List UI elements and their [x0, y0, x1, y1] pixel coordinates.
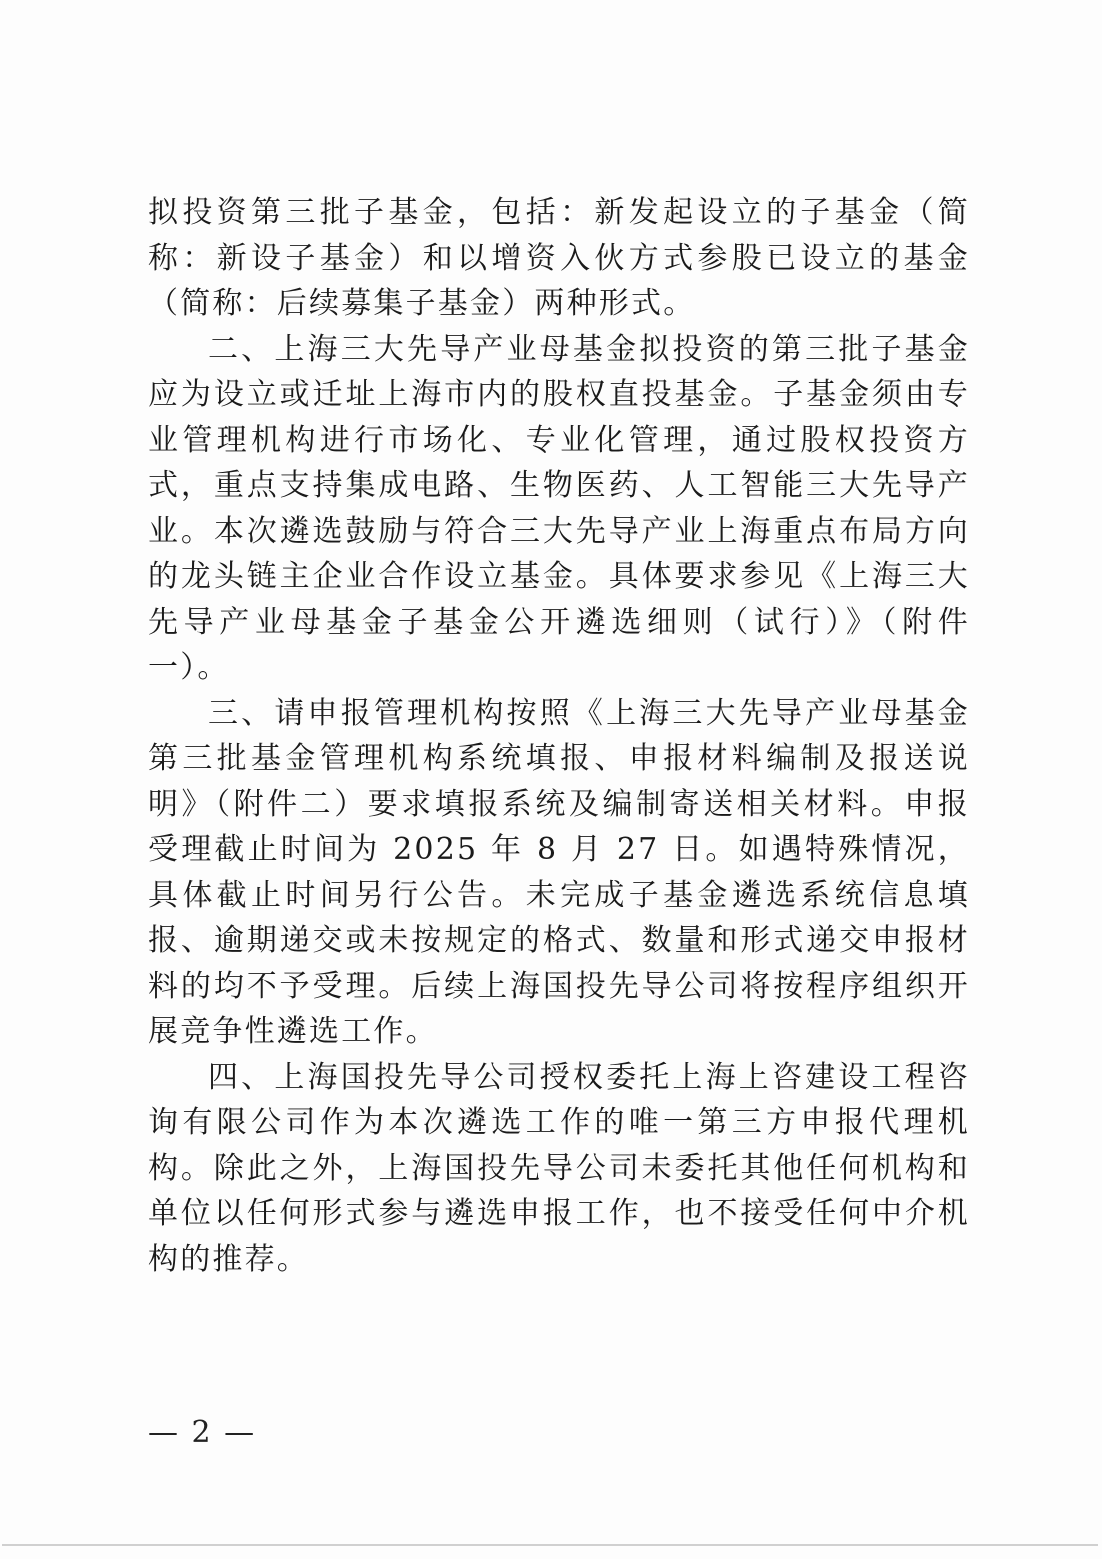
- page-number: — 2 —: [148, 1413, 256, 1453]
- bottom-scan-edge-line: [2, 1544, 1098, 1546]
- document-body: 拟投资第三批子基金，包括：新发起设立的子基金（简称：新设子基金）和以增资入伙方式…: [148, 190, 970, 1282]
- paragraph-section-3: 三、请申报管理机构按照《上海三大先导产业母基金第三批基金管理机构系统填报、申报材…: [148, 691, 970, 1055]
- paragraph-section-4: 四、上海国投先导公司授权委托上海上咨建设工程咨询有限公司作为本次遴选工作的唯一第…: [148, 1055, 970, 1283]
- paragraph-continuation: 拟投资第三批子基金，包括：新发起设立的子基金（简称：新设子基金）和以增资入伙方式…: [148, 190, 970, 327]
- paragraph-section-2: 二、上海三大先导产业母基金拟投资的第三批子基金应为设立或迁址上海市内的股权直投基…: [148, 327, 970, 691]
- document-page: 拟投资第三批子基金，包括：新发起设立的子基金（简称：新设子基金）和以增资入伙方式…: [0, 0, 1102, 1559]
